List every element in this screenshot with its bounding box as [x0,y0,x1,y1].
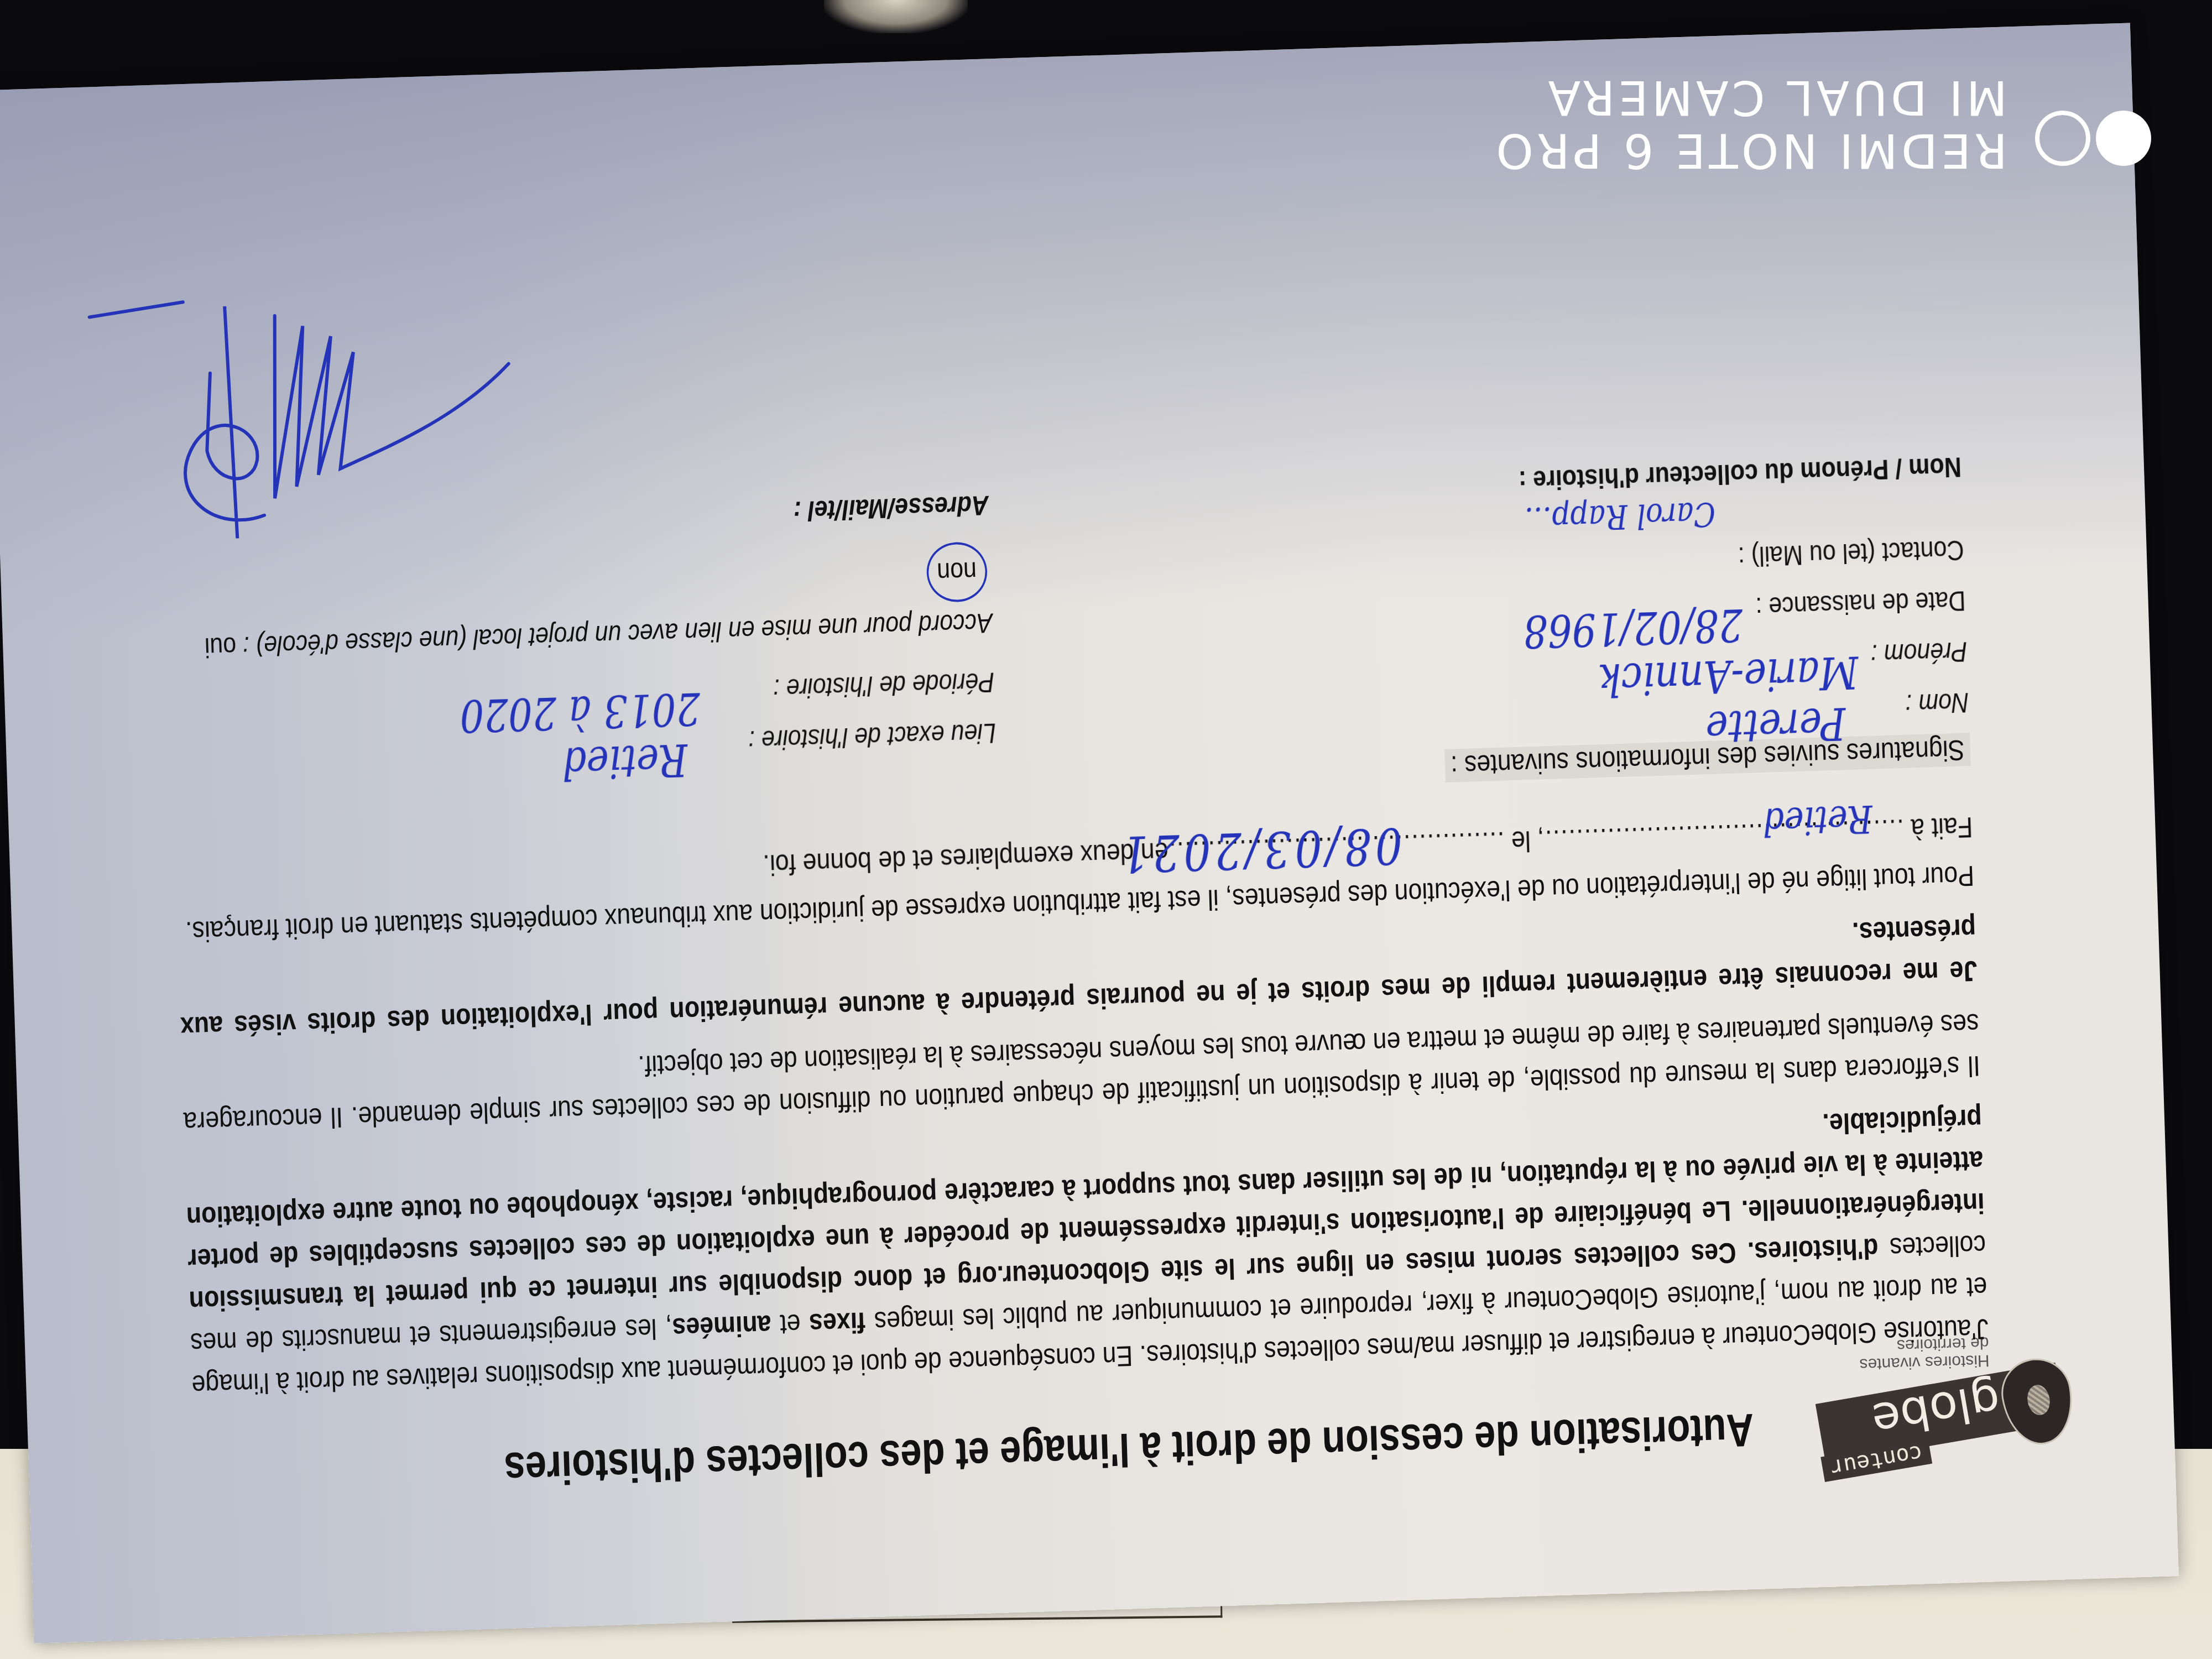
collecteur-value: Carol Rapp... [1524,499,1715,533]
signer-fields: Nom : Perette Prénom : Marie-Annick Date… [1131,430,1969,742]
photo-scene: conteur globe Histoires vivantes de terr… [0,0,2212,1659]
handwritten-signature [131,297,525,541]
accord-option-oui[interactable]: oui [204,632,237,664]
periode-value: 2013 à 2020 [460,694,701,729]
microphone-drop-icon [1996,1353,2080,1450]
lens-ring-icon [2035,111,2090,166]
pen-dash-mark [86,296,186,322]
handwritten-place: Retied [1762,791,1874,850]
lens-dot-icon [2096,111,2151,166]
globeconteur-logo: conteur globe [1792,1352,2069,1489]
watermark-model: REDMI NOTE 6 PRO [1493,124,2007,177]
document-title: Autorisation de cession de droit à l'ima… [503,1403,1754,1496]
document-page: conteur globe Histoires vivantes de terr… [0,23,2179,1643]
lieu-value: Retied [562,745,688,777]
handwritten-date: 08/03/2021 [1117,817,1404,881]
pet-fur [824,0,968,33]
watermark-camera: MI DUAL CAMERA [1493,71,2007,124]
accord-option-non-circled[interactable]: non [926,541,988,603]
nom-value: Perette [1705,709,1846,741]
document-content: conteur globe Histoires vivantes de terr… [157,219,1994,1545]
signature-fields: Nom : Perette Prénom : Marie-Annick Date… [157,219,1969,773]
prenom-value: Marie-Annick [1598,658,1859,693]
naissance-value: 28/02/1968 [1523,611,1743,645]
